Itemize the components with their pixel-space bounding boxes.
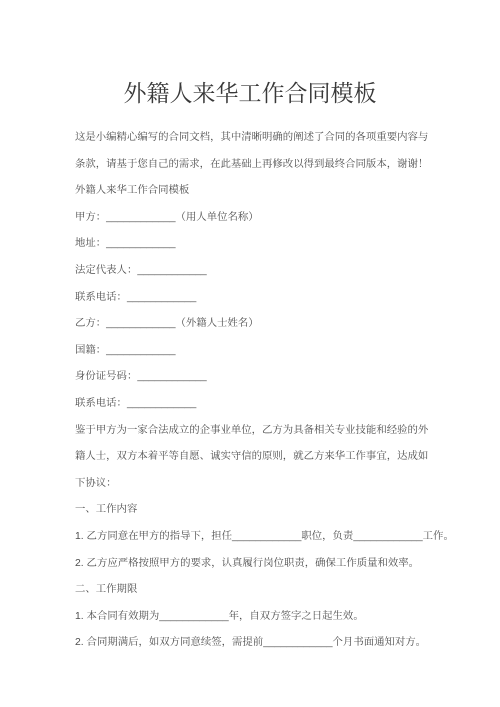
document-line: 2. 合同期满后，如双方同意续签，需提前____________个月书面通知对方… [75, 630, 427, 657]
document-line: 身份证号码：____________ [75, 364, 427, 391]
document-line: 地址：____________ [75, 231, 427, 258]
document-line: 乙方：____________（外籍人士姓名） [75, 311, 427, 338]
document-line: 条款，请基于您自己的需求，在此基础上再修改以得到最终合同版本，谢谢！ [75, 152, 427, 179]
document-body: 这是小编精心编写的合同文档，其中清晰明确的阐述了合同的各项重要内容与条款，请基于… [75, 125, 427, 657]
document-page: 外籍人来华工作合同模板 这是小编精心编写的合同文档，其中清晰明确的阐述了合同的各… [0, 0, 500, 707]
document-line: 联系电话：____________ [75, 285, 427, 312]
document-line: 法定代表人：____________ [75, 258, 427, 285]
document-line: 籍人士，双方本着平等自愿、诚实守信的原则，就乙方来华工作事宜，达成如 [75, 444, 427, 471]
document-line: 联系电话：____________ [75, 391, 427, 418]
document-line: 鉴于甲方为一家合法成立的企事业单位，乙方为具备相关专业技能和经验的外 [75, 418, 427, 445]
document-line: 国籍：____________ [75, 338, 427, 365]
document-line: 外籍人来华工作合同模板 [75, 178, 427, 205]
document-line: 这是小编精心编写的合同文档，其中清晰明确的阐述了合同的各项重要内容与 [75, 125, 427, 152]
document-line: 2. 乙方应严格按照甲方的要求，认真履行岗位职责，确保工作质量和效率。 [75, 551, 427, 578]
document-title: 外籍人来华工作合同模板 [0, 80, 500, 107]
document-line: 二、工作期限 [75, 577, 427, 604]
document-line: 1. 乙方同意在甲方的指导下，担任____________职位，负责______… [75, 524, 427, 551]
document-line: 下协议： [75, 471, 427, 498]
document-line: 甲方：____________（用人单位名称） [75, 205, 427, 232]
document-line: 一、工作内容 [75, 497, 427, 524]
document-line: 1. 本合同有效期为____________年，自双方签字之日起生效。 [75, 604, 427, 631]
